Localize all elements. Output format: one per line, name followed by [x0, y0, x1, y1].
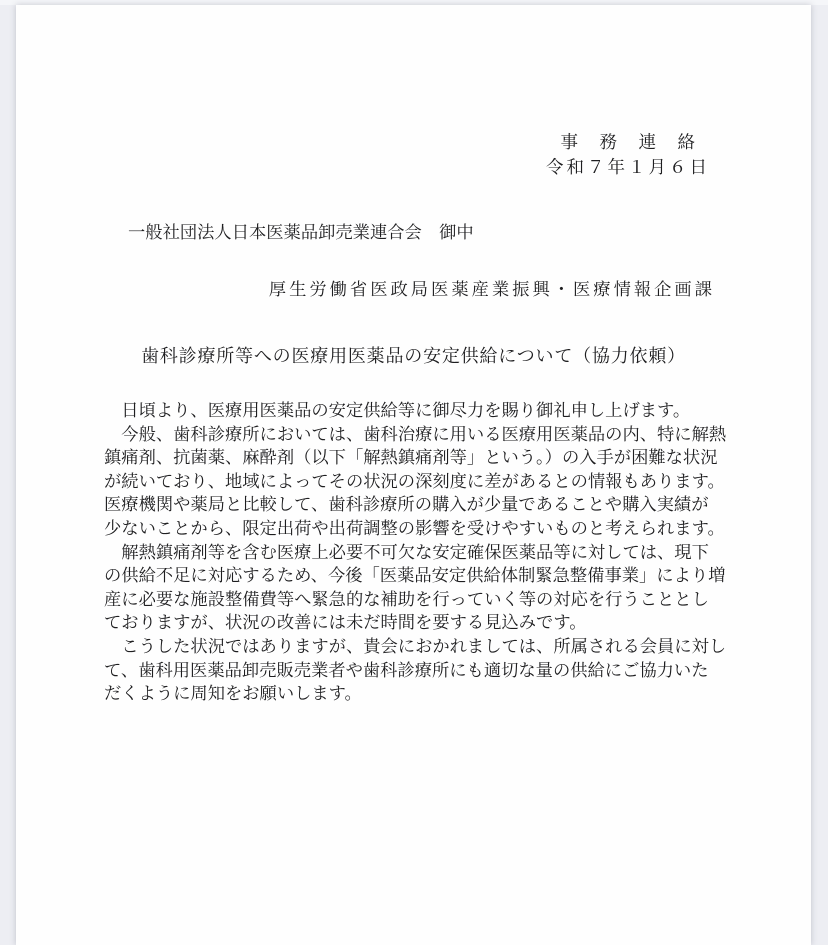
body-line: だくように周知をお願いします。 [104, 682, 736, 706]
doc-date: 令和７年１月６日 [546, 154, 710, 179]
body-line: 産に必要な施設整備費等へ緊急的な補助を行っていく等の対応を行うこととし [104, 588, 736, 612]
body-line: こうした状況ではありますが、貴会におかれましては、所属される会員に対し [104, 635, 736, 659]
document-viewer: { "document": { "doc_type_label": "事 務 連… [0, 0, 828, 945]
doc-title: 歯科診療所等への医療用医薬品の安定供給について（協力依頼） [16, 342, 811, 368]
body-line: 医療機関や薬局と比較して、歯科診療所の購入が少量であることや購入実績が [104, 493, 736, 517]
doc-type-label: 事 務 連 絡 [561, 129, 698, 154]
body-line: 解熱鎮痛剤等を含む医療上必要不可欠な安定確保医薬品等に対しては、現下 [104, 541, 736, 565]
body-line: 少ないことから、限定出荷や出荷調整の影響を受けやすいものと考えられます。 [104, 517, 736, 541]
body-line: 鎮痛剤、抗菌薬、麻酔剤（以下「解熱鎮痛剤等」という。）の入手が困難な状況 [104, 446, 736, 470]
document-page: 事 務 連 絡 令和７年１月６日 一般社団法人日本医薬品卸売業連合会 御中 厚生… [16, 5, 811, 945]
doc-body-text: 日頃より、医療用医薬品の安定供給等に御尽力を賜り御礼申し上げます。 今般、歯科診… [104, 399, 736, 706]
body-line: の供給不足に対応するため、今後「医薬品安定供給体制緊急整備事業」により増 [104, 564, 736, 588]
doc-sender: 厚生労働省医政局医薬産業振興・医療情報企画課 [269, 275, 715, 300]
body-line: が続いており、地域によってその状況の深刻度に差があるとの情報もあります。 [104, 470, 736, 494]
body-line: 日頃より、医療用医薬品の安定供給等に御尽力を賜り御礼申し上げます。 [104, 399, 736, 423]
doc-addressee: 一般社団法人日本医薬品卸売業連合会 御中 [128, 218, 474, 243]
body-line: 今般、歯科診療所においては、歯科治療に用いる医療用医薬品の内、特に解熱 [104, 423, 736, 447]
body-line: ておりますが、状況の改善には未だ時間を要する見込みです。 [104, 611, 736, 635]
body-line: て、歯科用医薬品卸売販売業者や歯科診療所にも適切な量の供給にご協力いた [104, 659, 736, 683]
